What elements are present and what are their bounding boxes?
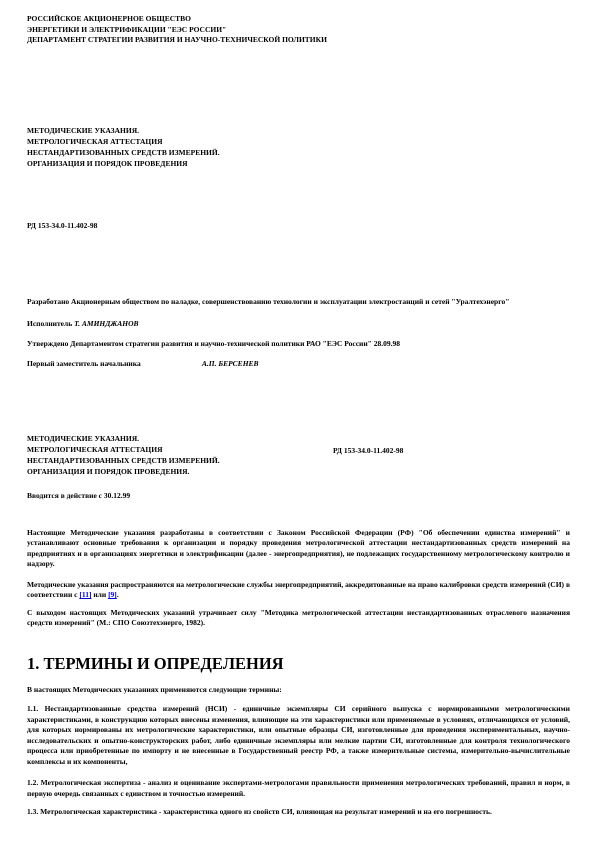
developed-by: Разработано Акционерным обществом по нал…	[27, 297, 570, 308]
doc-number-right: РД 153-34.0-11.402-98	[327, 433, 403, 477]
title-line-2: МЕТРОЛОГИЧЕСКАЯ АТТЕСТАЦИЯ	[27, 136, 570, 147]
term-1-2: 1.2. Метрологическая экспертиза - анализ…	[27, 778, 570, 799]
title-line-4: ОРГАНИЗАЦИЯ И ПОРЯДОК ПРОВЕДЕНИЯ	[27, 158, 570, 169]
deputy-line: Первый заместитель начальника А.П. БЕРСЕ…	[27, 359, 570, 370]
title2-line-4: ОРГАНИЗАЦИЯ И ПОРЯДОК ПРОВЕДЕНИЯ.	[27, 466, 327, 477]
reference-link-9[interactable]: [9]	[108, 590, 117, 599]
intro-p2-text-end: .	[117, 590, 119, 599]
intro-paragraph-1: Настоящие Методические указания разработ…	[27, 528, 570, 570]
org-line-2: ЭНЕРГЕТИКИ И ЭЛЕКТРИФИКАЦИИ "ЕЭС РОССИИ"	[27, 25, 570, 36]
doc-number: РД 153-34.0-11.402-98	[27, 221, 570, 232]
approved-line: Утверждено Департаментом стратегии разви…	[27, 339, 570, 350]
executor-label: Исполнитель	[27, 319, 72, 328]
terms-intro: В настоящих Методических указаниях приме…	[27, 685, 570, 696]
document-title: МЕТОДИЧЕСКИЕ УКАЗАНИЯ. МЕТРОЛОГИЧЕСКАЯ А…	[27, 125, 570, 169]
document-page: РОССИЙСКОЕ АКЦИОНЕРНОЕ ОБЩЕСТВО ЭНЕРГЕТИ…	[0, 0, 595, 842]
title2-line-3: НЕСТАНДАРТИЗОВАННЫХ СРЕДСТВ ИЗМЕРЕНИЙ.	[27, 455, 327, 466]
title-line-1: МЕТОДИЧЕСКИЕ УКАЗАНИЯ.	[27, 125, 570, 136]
executor-name: Т. АМИНДЖАНОВ	[74, 319, 138, 328]
executor-line: Исполнитель Т. АМИНДЖАНОВ	[27, 319, 570, 330]
organization-header: РОССИЙСКОЕ АКЦИОНЕРНОЕ ОБЩЕСТВО ЭНЕРГЕТИ…	[27, 14, 570, 46]
title-repeat-block: МЕТОДИЧЕСКИЕ УКАЗАНИЯ. МЕТРОЛОГИЧЕСКАЯ А…	[27, 433, 570, 477]
title-repeat: МЕТОДИЧЕСКИЕ УКАЗАНИЯ. МЕТРОЛОГИЧЕСКАЯ А…	[27, 433, 327, 477]
title-line-3: НЕСТАНДАРТИЗОВАННЫХ СРЕДСТВ ИЗМЕРЕНИЙ.	[27, 147, 570, 158]
term-1-3: 1.3. Метрологическая характеристика - ха…	[27, 807, 570, 818]
intro-p2-text-sep: или	[91, 590, 108, 599]
title2-line-1: МЕТОДИЧЕСКИЕ УКАЗАНИЯ.	[27, 433, 327, 444]
effective-date-line: Вводится в действие с 30.12.99	[27, 491, 570, 502]
deputy-label: Первый заместитель начальника	[27, 359, 200, 370]
title2-line-2: МЕТРОЛОГИЧЕСКАЯ АТТЕСТАЦИЯ	[27, 444, 327, 455]
org-line-1: РОССИЙСКОЕ АКЦИОНЕРНОЕ ОБЩЕСТВО	[27, 14, 570, 25]
intro-paragraph-2: Методические указания распространяются н…	[27, 580, 570, 601]
intro-paragraph-3: С выходом настоящих Методических указани…	[27, 608, 570, 629]
section-1-heading: 1. ТЕРМИНЫ И ОПРЕДЕЛЕНИЯ	[27, 654, 570, 673]
org-line-3: ДЕПАРТАМЕНТ СТРАТЕГИИ РАЗВИТИЯ И НАУЧНО-…	[27, 35, 570, 46]
deputy-name: А.П. БЕРСЕНЕВ	[202, 359, 259, 368]
term-1-1: 1.1. Нестандартизованные средства измере…	[27, 704, 570, 767]
reference-link-11[interactable]: [11]	[79, 590, 91, 599]
